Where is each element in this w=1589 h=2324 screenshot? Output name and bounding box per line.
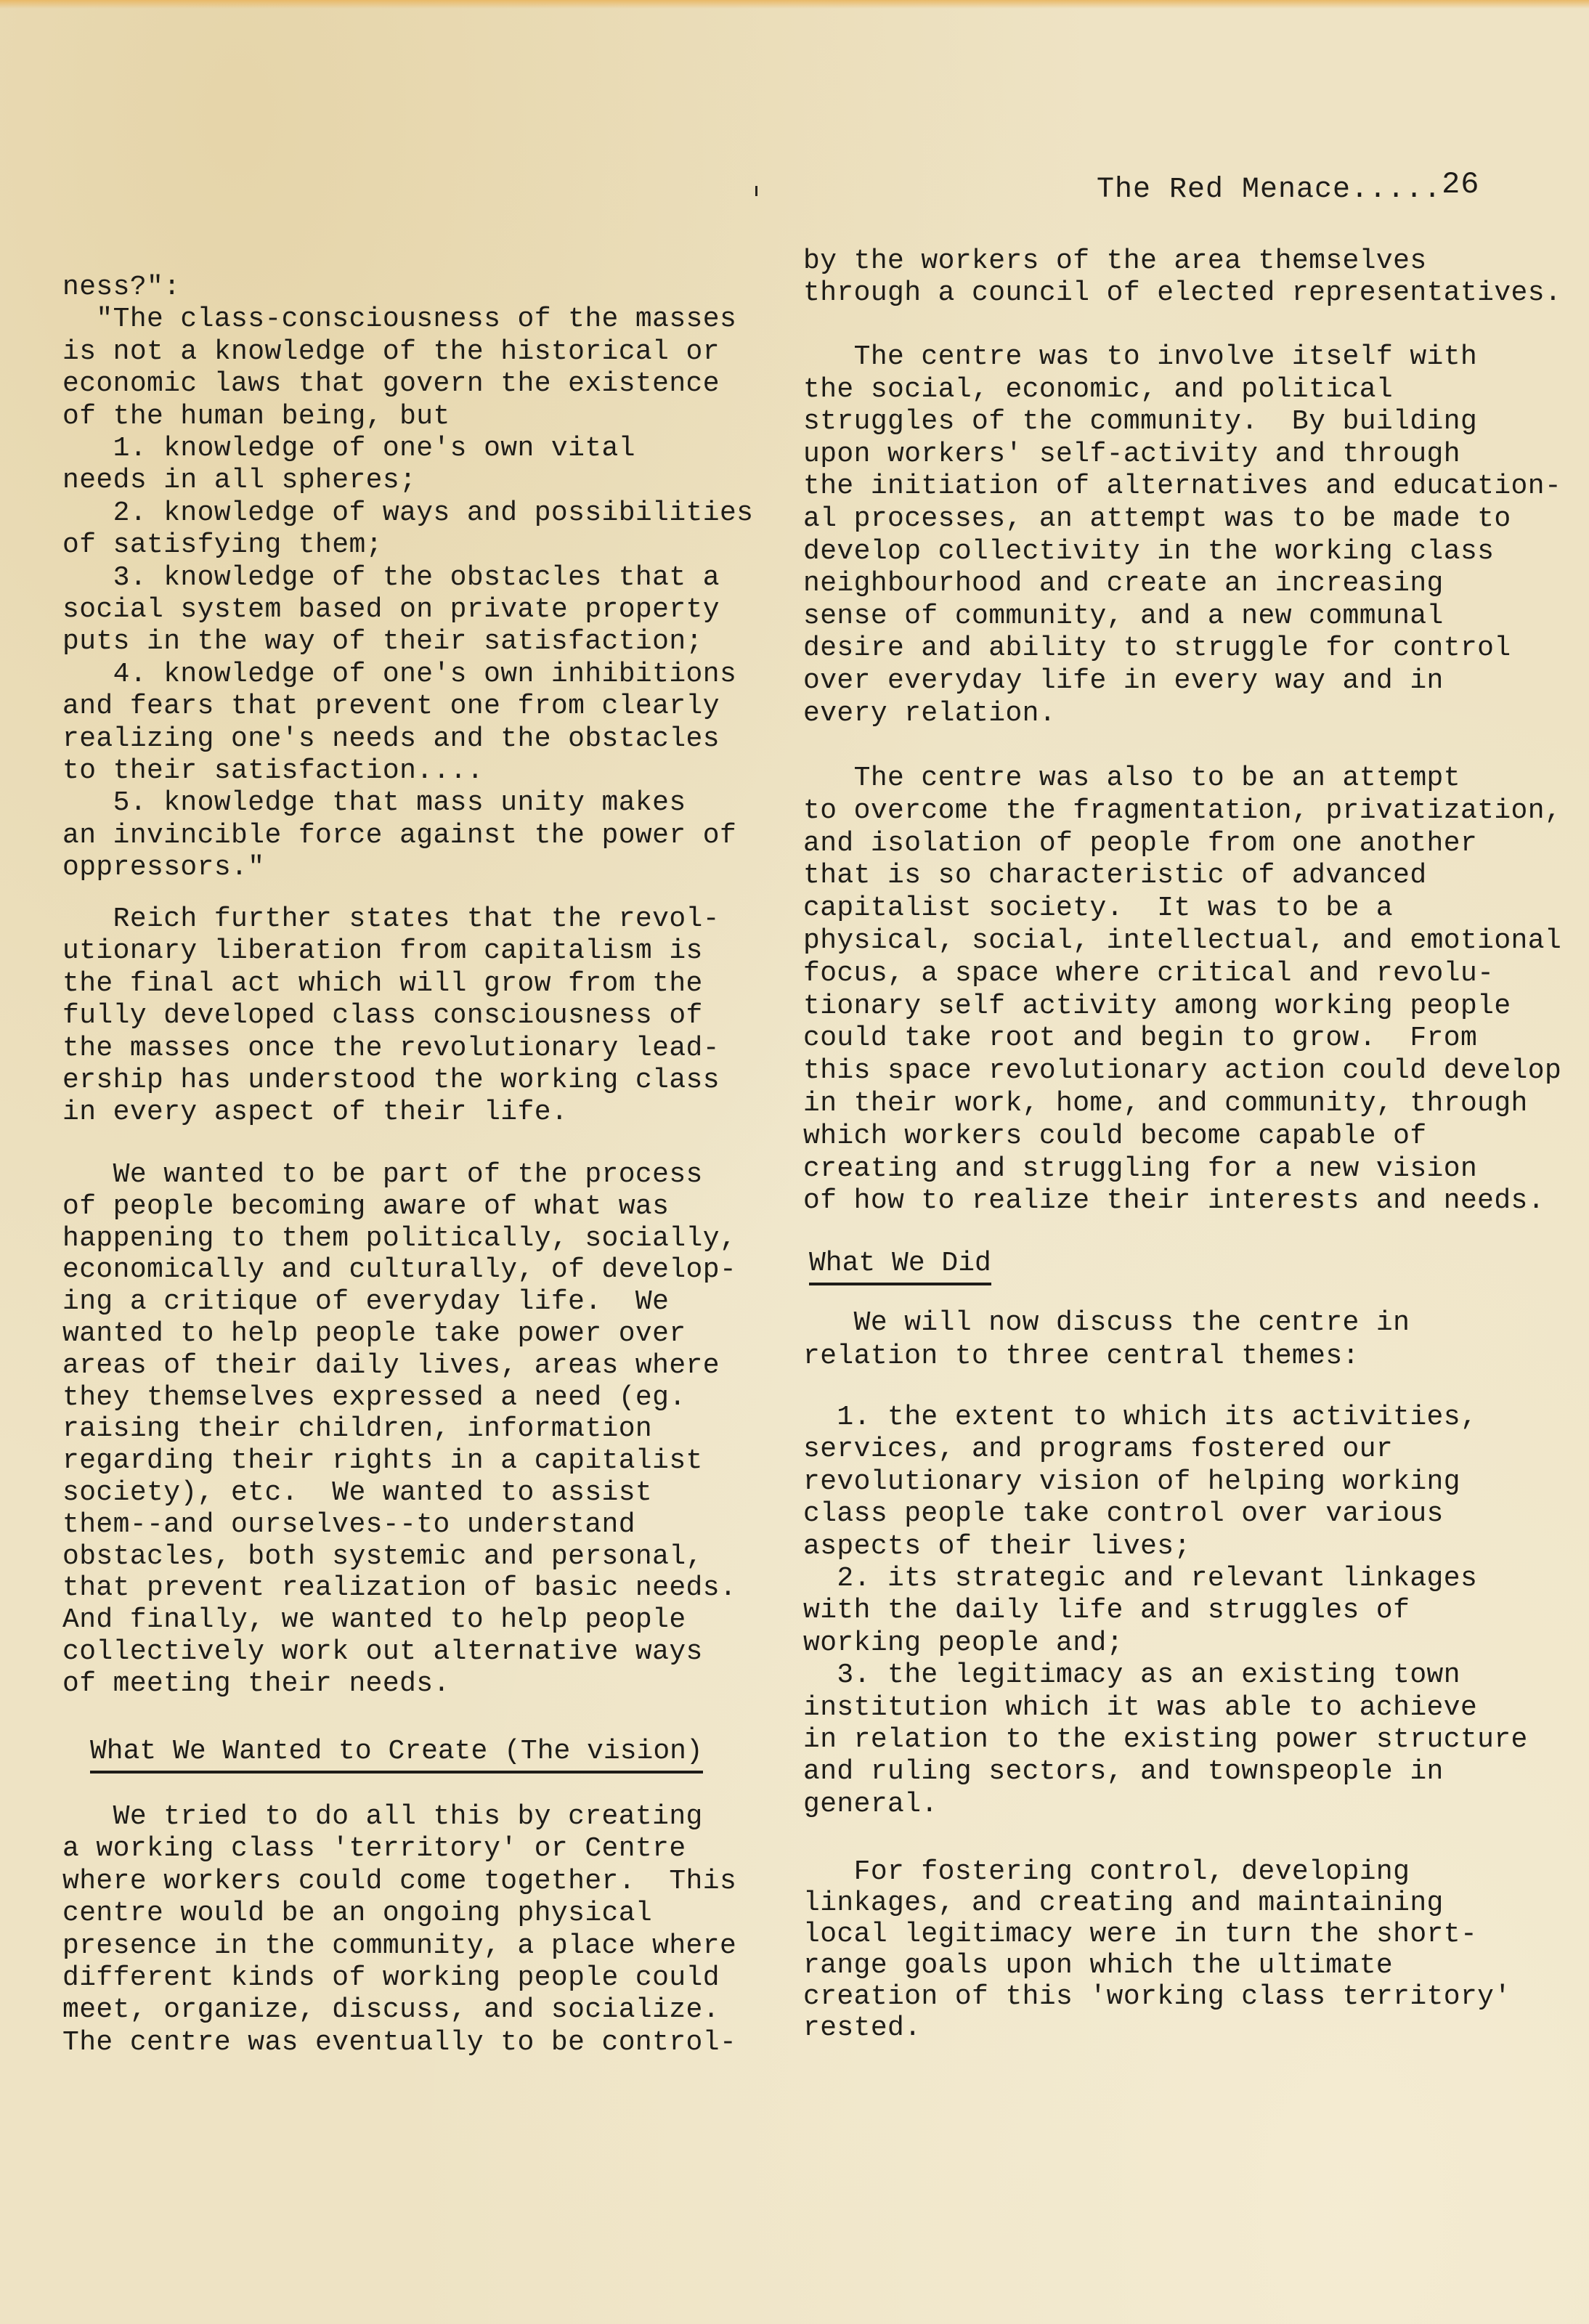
text-line: society), etc. We wanted to assist [62,1477,652,1509]
text-line: capitalist society. It was to be a [803,893,1393,925]
text-line: which workers could become capable of [803,1121,1427,1153]
text-line: institution which it was able to achieve [803,1692,1477,1724]
text-line: creation of this 'working class territor… [803,1981,1511,2013]
text-line: collectively work out alternative ways [62,1636,703,1668]
text-line: ness?": [62,272,180,304]
text-line: We tried to do all this by creating [62,1801,703,1833]
text-line: tionary self activity among working peop… [803,991,1511,1023]
text-line: a working class 'territory' or Centre [62,1833,686,1865]
text-line: aspects of their lives; [803,1531,1191,1563]
running-header: The Red Menace.....26 [1097,171,1480,206]
text-line: where workers could come together. This [62,1866,736,1898]
text-line: creating and struggling for a new vision [803,1153,1477,1185]
text-line: different kinds of working people could [62,1962,720,1994]
text-line: services, and programs fostered our [803,1434,1393,1466]
text-line: develop collectivity in the working clas… [803,536,1494,568]
section-heading-vision: What We Wanted to Create (The vision) [90,1736,703,1774]
text-line: And finally, we wanted to help people [62,1604,686,1636]
paper-top-edge [0,0,1589,9]
text-line: sense of community, and a new communal [803,601,1444,633]
text-line: of satisfying them; [62,529,383,561]
text-line: in their work, home, and community, thro… [803,1088,1528,1120]
text-line: range goals upon which the ultimate [803,1950,1393,1982]
text-line: local legitimacy were in turn the short- [803,1919,1477,1951]
text-line: with the daily life and struggles of [803,1595,1410,1627]
text-line: working people and; [803,1628,1123,1659]
text-line: they themselves expressed a need (eg. [62,1382,686,1414]
text-line: that prevent realization of basic needs. [62,1572,736,1604]
text-line: over everyday life in every way and in [803,665,1444,697]
text-line: economic laws that govern the existence [62,368,720,400]
text-line: rested. [803,2012,921,2044]
text-line: 1. knowledge of one's own vital [62,433,635,465]
text-line: the masses once the revolutionary lead- [62,1033,720,1065]
text-line: of meeting their needs. [62,1668,450,1700]
text-line: and ruling sectors, and townspeople in [803,1756,1444,1788]
page-number: 26 [1442,167,1479,202]
text-line: presence in the community, a place where [62,1930,736,1962]
text-line: 3. knowledge of the obstacles that a [62,562,720,594]
text-line: focus, a space where critical and revolu… [803,958,1494,990]
text-line: We wanted to be part of the process [62,1159,703,1191]
text-line: al processes, an attempt was to be made … [803,503,1511,535]
text-line: wanted to help people take power over [62,1318,686,1350]
text-line: areas of their daily lives, areas where [62,1350,720,1382]
text-line: revolutionary vision of helping working [803,1466,1460,1498]
text-line: of how to realize their interests and ne… [803,1185,1545,1217]
text-line: of the human being, but [62,401,450,433]
text-line: that is so characteristic of advanced [803,860,1427,892]
publication-title: The Red Menace..... [1097,174,1442,206]
text-line: and fears that prevent one from clearly [62,691,720,723]
text-line: linkages, and creating and maintaining [803,1888,1444,1919]
text-line: obstacles, both systemic and personal, [62,1541,703,1573]
text-line: regarding their rights in a capitalist [62,1445,703,1477]
text-line: Reich further states that the revol- [62,903,720,935]
text-line: the social, economic, and political [803,374,1393,406]
text-line: relation to three central themes: [803,1341,1360,1373]
text-line: fully developed class consciousness of [62,1000,703,1032]
text-line: utionary liberation from capitalism is [62,935,703,967]
text-line: The centre was eventually to be control- [62,2027,736,2059]
section-heading-what-we-did: What We Did [809,1248,991,1285]
text-line: in every aspect of their life. [62,1097,568,1129]
text-line: could take root and begin to grow. From [803,1023,1477,1055]
text-line: neighbourhood and create an increasing [803,568,1444,600]
text-line: The centre was also to be an attempt [803,763,1460,795]
text-line: by the workers of the area themselves [803,245,1427,277]
text-line: is not a knowledge of the historical or [62,336,720,368]
text-line: 5. knowledge that mass unity makes [62,787,686,819]
text-line: to their satisfaction.... [62,755,484,787]
text-line: and isolation of people from one another [803,828,1477,860]
text-line: 2. knowledge of ways and possibilities [62,497,753,529]
text-line: happening to them politically, socially, [62,1223,736,1255]
text-line: The centre was to involve itself with [803,341,1477,373]
text-line: 3. the legitimacy as an existing town [803,1659,1460,1691]
text-line: social system based on private property [62,594,720,626]
text-line: physical, social, intellectual, and emot… [803,925,1561,957]
text-line: every relation. [803,698,1056,730]
text-line: economically and culturally, of develop- [62,1254,736,1286]
text-line: class people take control over various [803,1498,1444,1530]
text-line: the initiation of alternatives and educa… [803,471,1561,503]
text-line: an invincible force against the power of [62,820,736,852]
text-line: For fostering control, developing [803,1856,1410,1888]
text-line: general. [803,1789,938,1821]
text-line: ing a critique of everyday life. We [62,1286,669,1318]
text-line: them--and ourselves--to understand [62,1509,635,1541]
text-line: through a council of elected representat… [803,277,1561,309]
text-line: 1. the extent to which its activities, [803,1402,1477,1434]
text-line: puts in the way of their satisfaction; [62,626,703,658]
stray-ink-mark [755,186,757,196]
text-line: to overcome the fragmentation, privatiza… [803,795,1561,827]
text-line: in relation to the existing power struct… [803,1724,1528,1756]
text-line: needs in all spheres; [62,465,416,497]
text-line: struggles of the community. By building [803,406,1477,438]
text-line: 4. knowledge of one's own inhibitions [62,659,736,691]
text-line: meet, organize, discuss, and socialize. [62,1994,720,2026]
text-line: 2. its strategic and relevant linkages [803,1563,1477,1595]
text-line: this space revolutionary action could de… [803,1055,1561,1087]
text-line: oppressors." [62,852,264,884]
text-line: ership has understood the working class [62,1065,720,1097]
text-line: We will now discuss the centre in [803,1307,1410,1339]
text-line: of people becoming aware of what was [62,1191,669,1223]
text-line: raising their children, information [62,1413,652,1445]
text-line: upon workers' self-activity and through [803,439,1460,471]
text-line: centre would be an ongoing physical [62,1898,652,1930]
text-line: the final act which will grow from the [62,968,703,1000]
text-line: realizing one's needs and the obstacles [62,723,720,755]
text-line: desire and ability to struggle for contr… [803,633,1511,665]
text-line: "The class-consciousness of the masses [62,304,736,336]
